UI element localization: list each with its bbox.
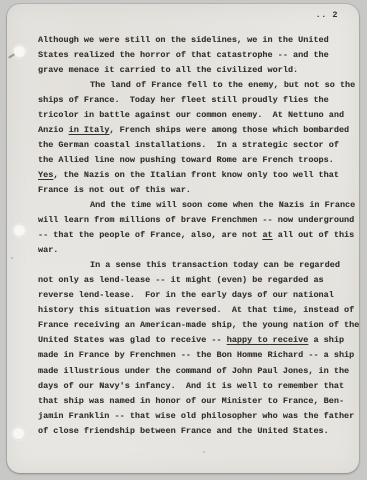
text-segment: that ship was named in honor of our Mini… — [38, 396, 344, 406]
hole-punch-bottom — [12, 427, 25, 440]
text-segment: not only as lend-lease -- it might (even… — [38, 275, 324, 285]
paper-speck — [203, 451, 205, 453]
text-segment: France is not out of this war. — [38, 185, 191, 195]
document-line: tricolor in battle against our common en… — [38, 108, 359, 123]
text-segment: will learn from millions of brave French… — [38, 215, 354, 225]
underlined-text: Yes — [38, 170, 53, 180]
document-line: grave menace it carried to all the civil… — [38, 63, 359, 78]
document-line: France is not out of this war. — [38, 183, 359, 198]
document-line: In a sense this transaction today can be… — [38, 258, 359, 273]
text-segment: made illustrious under the command of Jo… — [38, 366, 349, 376]
text-segment: ships of France. Today her fleet still p… — [38, 95, 329, 105]
document-line: ships of France. Today her fleet still p… — [38, 93, 359, 108]
text-segment: United States was glad to receive -- — [38, 335, 227, 345]
text-segment: reverse lend-lease. For in the early day… — [38, 290, 334, 300]
underlined-text: at — [262, 230, 272, 240]
underlined-text: happy to receive — [227, 335, 309, 345]
document-line: that ship was named in honor of our Mini… — [38, 394, 359, 409]
text-segment: The land of France fell to the enemy, bu… — [90, 80, 355, 90]
paper-speck — [11, 257, 13, 259]
document-line: United States was glad to receive -- hap… — [38, 333, 359, 348]
document-line: war. — [38, 243, 359, 258]
text-segment: -- that the people of France, also, are … — [38, 230, 262, 240]
document-line: reverse lend-lease. For in the early day… — [38, 288, 359, 303]
paper-sheet: .. 2 Although we were still on the sidel… — [7, 4, 359, 473]
text-segment: tricolor in battle against our common en… — [38, 110, 344, 120]
text-segment: made in France by Frenchmen -- the Bon H… — [38, 350, 354, 360]
document-line: of close friendship between France and t… — [38, 424, 359, 439]
underlined-text: in Italy — [69, 125, 110, 135]
text-segment: And the time will soon come when the Naz… — [90, 200, 355, 210]
document-line: France receiving an American-made ship, … — [38, 318, 359, 333]
paper-speck — [294, 67, 296, 69]
document-line: will learn from millions of brave French… — [38, 213, 359, 228]
hole-punch-middle — [13, 224, 26, 237]
document-line: not only as lend-lease -- it might (even… — [38, 273, 359, 288]
text-segment: a ship — [308, 335, 344, 345]
document-line: -- that the people of France, also, are … — [38, 228, 359, 243]
text-segment: In a sense this transaction today can be… — [90, 260, 340, 270]
document-line: Although we were still on the sidelines,… — [38, 33, 359, 48]
text-segment: the German coastal installations. In a s… — [38, 140, 339, 150]
text-segment: all out of this — [273, 230, 355, 240]
document-line: Yes, the Nazis on the Italian front know… — [38, 168, 359, 183]
text-segment: , the Nazis on the Italian front know on… — [53, 170, 339, 180]
text-segment: States realized the horror of that catas… — [38, 50, 329, 60]
scan-background: .. 2 Although we were still on the sidel… — [0, 0, 367, 480]
text-segment: days of our Navy's infancy. And it is we… — [38, 381, 344, 391]
text-segment: of close friendship between France and t… — [38, 426, 329, 436]
text-segment: France receiving an American-made ship, … — [38, 320, 359, 330]
text-segment: the Allied line now pushing toward Rome … — [38, 155, 334, 165]
text-segment: , French ships were among those which bo… — [109, 125, 349, 135]
document-line: made in France by Frenchmen -- the Bon H… — [38, 348, 359, 363]
text-segment: war. — [38, 245, 58, 255]
document-line: the Allied line now pushing toward Rome … — [38, 153, 359, 168]
page-number: .. 2 — [316, 8, 338, 23]
document-line: days of our Navy's infancy. And it is we… — [38, 379, 359, 394]
document-lines: Although we were still on the sidelines,… — [38, 33, 359, 439]
document-line: the German coastal installations. In a s… — [38, 138, 359, 153]
text-segment: Anzio — [38, 125, 69, 135]
document-line: made illustrious under the command of Jo… — [38, 364, 359, 379]
text-segment: jamin Franklin -- that wise old philosop… — [38, 411, 354, 421]
text-segment: history this situation was reversed. At … — [38, 305, 354, 315]
text-segment: Although we were still on the sidelines,… — [38, 35, 329, 45]
document-line: history this situation was reversed. At … — [38, 303, 359, 318]
document-line: States realized the horror of that catas… — [38, 48, 359, 63]
hole-punch-top — [13, 45, 26, 58]
text-segment: grave menace it carried to all the civil… — [38, 65, 298, 75]
document-line: jamin Franklin -- that wise old philosop… — [38, 409, 359, 424]
document-line: And the time will soon come when the Naz… — [38, 198, 359, 213]
document-line: Anzio in Italy, French ships were among … — [38, 123, 359, 138]
document-line: The land of France fell to the enemy, bu… — [38, 78, 359, 93]
